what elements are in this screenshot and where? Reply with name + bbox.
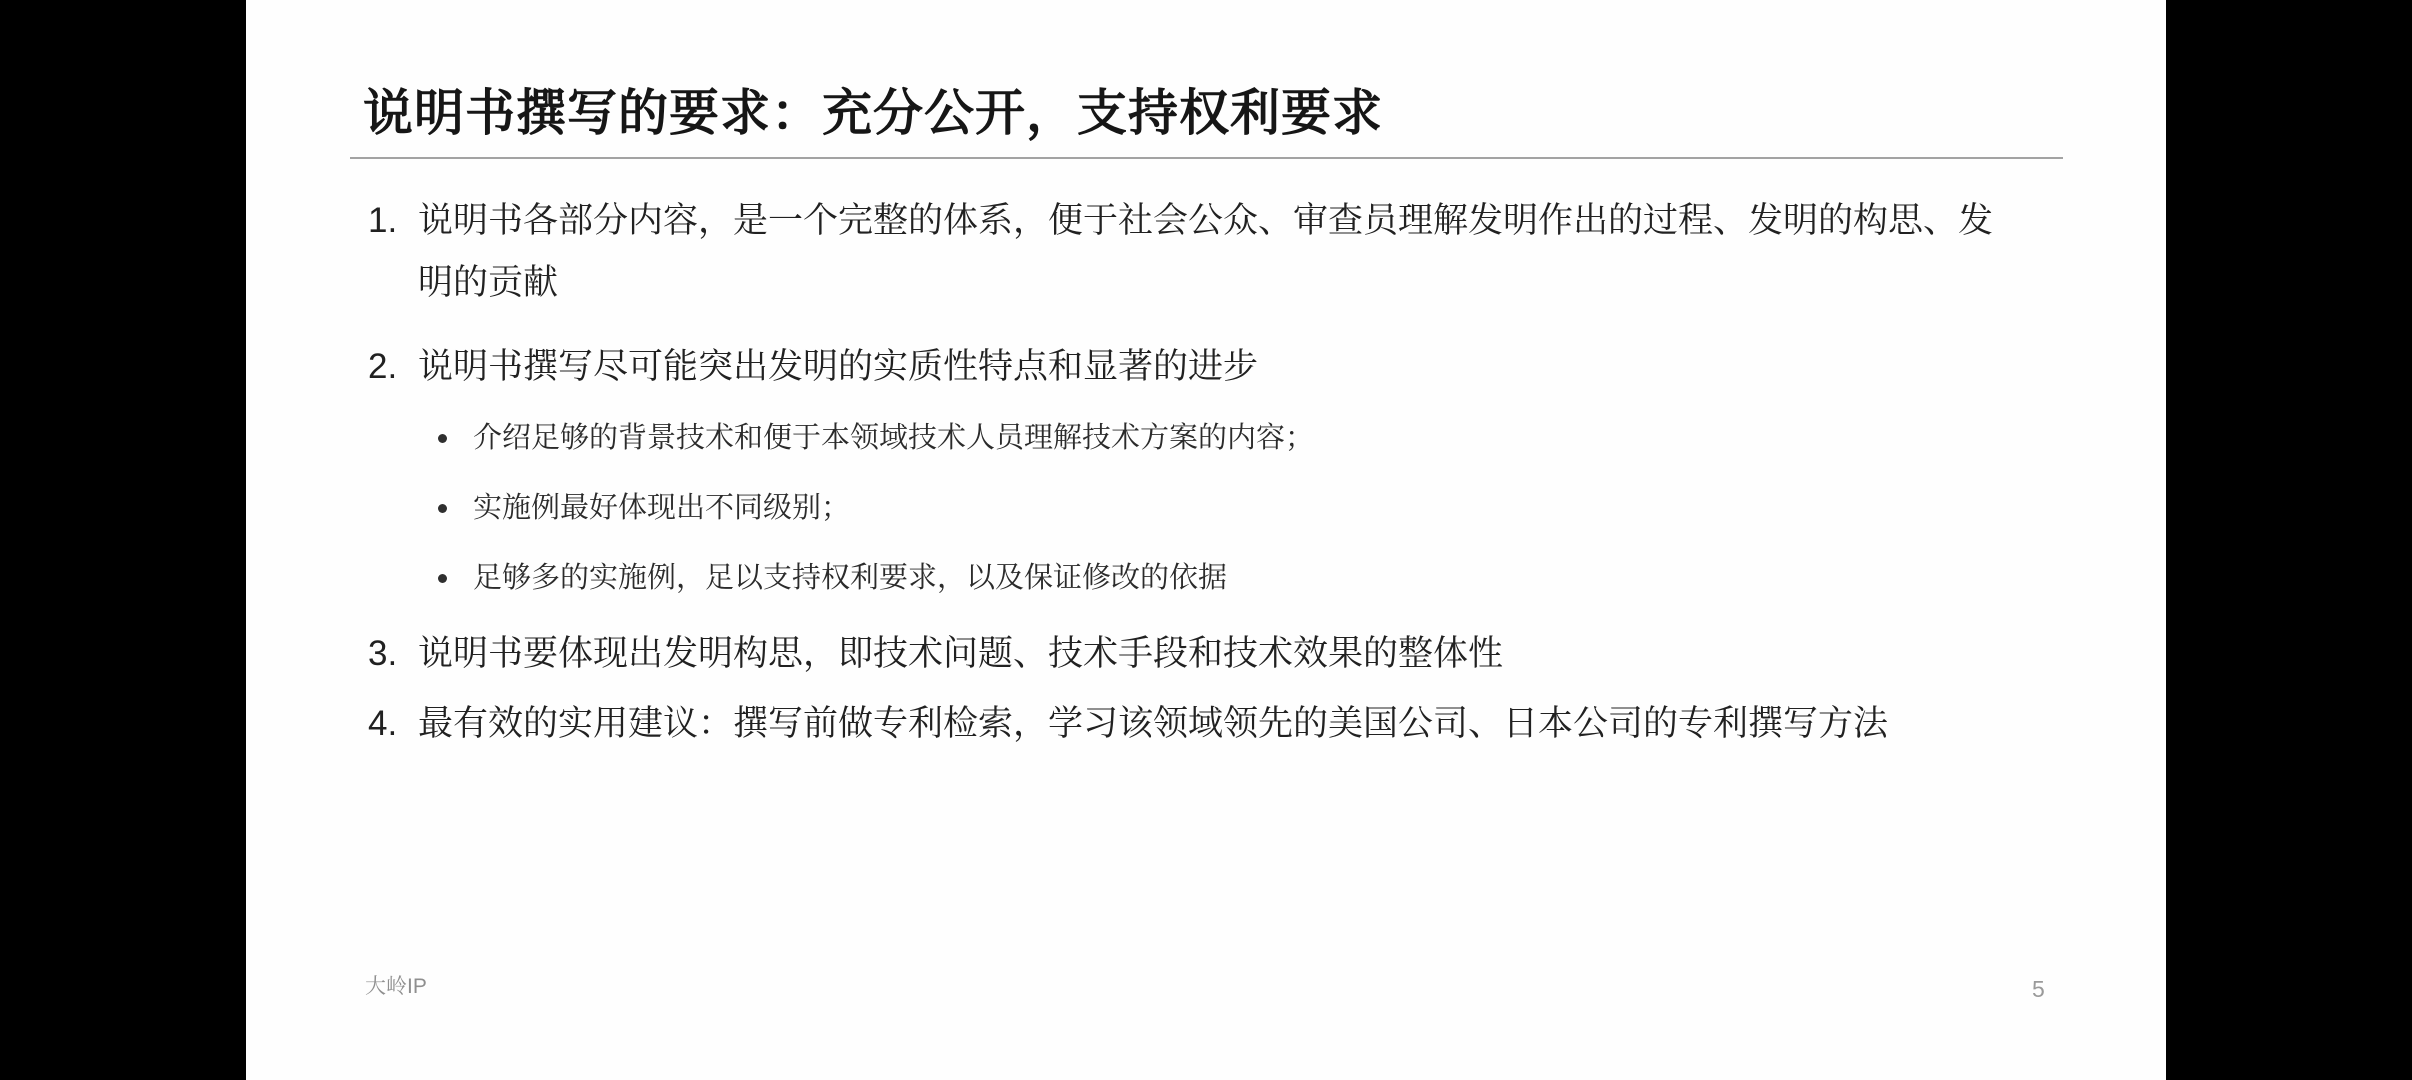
- sub-bullet-text: 介绍足够的背景技术和便于本领域技术人员理解技术方案的内容；: [473, 411, 2033, 465]
- sub-bullet-item: 实施例最好体现出不同级别；: [246, 481, 2166, 535]
- sub-bullet-item: 介绍足够的背景技术和便于本领域技术人员理解技术方案的内容；: [246, 411, 2166, 465]
- sub-bullet-text: 足够多的实施例，足以支持权利要求，以及保证修改的依据: [473, 551, 2033, 605]
- bullet-icon: [438, 434, 447, 443]
- sub-bullet-item: 足够多的实施例，足以支持权利要求，以及保证修改的依据: [246, 551, 2166, 605]
- list-item-text: 说明书各部分内容，是一个完整的体系，便于社会公众、审查员理解发明作出的过程、发明…: [418, 190, 1998, 314]
- list-item-number: 1.: [368, 190, 397, 252]
- list-item-text: 最有效的实用建议：撰写前做专利检索，学习该领域领先的美国公司、日本公司的专利撰写…: [418, 693, 1998, 755]
- bullet-icon: [438, 504, 447, 513]
- list-item-text: 说明书要体现出发明构思，即技术问题、技术手段和技术效果的整体性: [418, 623, 1998, 685]
- footer-brand-label: 大岭IP: [365, 974, 427, 1000]
- letterboxed-stage: 说明书撰写的要求：充分公开，支持权利要求 1. 说明书各部分内容，是一个完整的体…: [0, 0, 2412, 1080]
- list-item-number: 3.: [368, 623, 397, 685]
- list-item-number: 4.: [368, 693, 397, 755]
- list-item-text: 说明书撰写尽可能突出发明的实质性特点和显著的进步: [418, 336, 1998, 398]
- letterbox-right-bar: [2166, 0, 2412, 1080]
- numbered-list-item: 3. 说明书要体现出发明构思，即技术问题、技术手段和技术效果的整体性: [246, 623, 2166, 685]
- numbered-list-item: 4. 最有效的实用建议：撰写前做专利检索，学习该领域领先的美国公司、日本公司的专…: [246, 693, 2166, 755]
- list-item-number: 2.: [368, 336, 397, 398]
- sub-bullet-text: 实施例最好体现出不同级别；: [473, 481, 2033, 535]
- numbered-list-item: 1. 说明书各部分内容，是一个完整的体系，便于社会公众、审查员理解发明作出的过程…: [246, 190, 2166, 314]
- letterbox-left-bar: [0, 0, 246, 1080]
- page-number: 5: [2032, 976, 2045, 1002]
- presentation-slide: 说明书撰写的要求：充分公开，支持权利要求 1. 说明书各部分内容，是一个完整的体…: [246, 0, 2166, 1080]
- numbered-list-item: 2. 说明书撰写尽可能突出发明的实质性特点和显著的进步: [246, 336, 2166, 398]
- bullet-icon: [438, 574, 447, 583]
- title-underline: [350, 157, 2063, 159]
- slide-title: 说明书撰写的要求：充分公开，支持权利要求: [363, 84, 1383, 142]
